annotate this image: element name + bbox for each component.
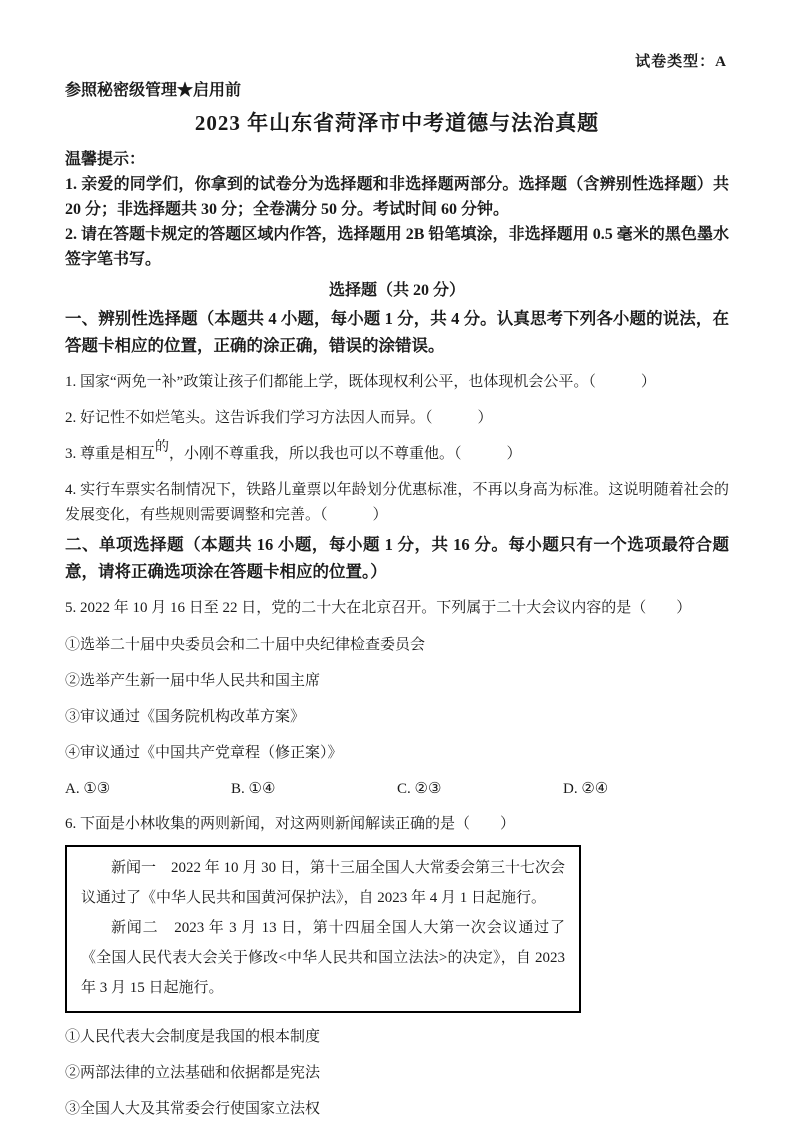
question-3-superscript: 的 <box>155 440 169 455</box>
question-3-text-post: ，小刚不尊重我，所以我也可以不尊重他。（ ） <box>169 446 522 462</box>
question-2: 2. 好记性不如烂笔头。这告诉我们学习方法因人而异。（ ） <box>65 406 729 431</box>
notice-item-2: 2. 请在答题卡规定的答题区域内作答，选择题用 2B 铅笔填涂，非选择题用 0.… <box>65 222 729 272</box>
q5-choices-row: A. ①③ B. ①④ C. ②③ D. ②④ <box>65 777 729 801</box>
question-1: 1. 国家“两免一补”政策让孩子们都能上学，既体现权利公平，也体现机会公平。（ … <box>65 370 729 395</box>
question-4: 4. 实行车票实名制情况下，铁路儿童票以年龄划分优惠标准，不再以身高为标准。这说… <box>65 478 729 528</box>
q5-option-1: ①选举二十届中央委员会和二十届中央纪律检查委员会 <box>65 633 729 657</box>
q5-option-4: ④审议通过《中国共产党章程（修正案）》 <box>65 741 729 765</box>
exam-paper-page: 试卷类型：A 参照秘密级管理★启用前 2023 年山东省菏泽市中考道德与法治真题… <box>0 0 793 1122</box>
news-item-2: 新闻二 2023 年 3 月 13 日，第十四届全国人大第一次会议通过了《全国人… <box>81 913 565 1003</box>
choice-section-title: 选择题（共 20 分） <box>65 280 729 302</box>
q5-choice-c: C. ②③ <box>397 777 563 801</box>
section1-heading: 一、辨别性选择题（本题共 4 小题，每小题 1 分，共 4 分。认真思考下列各小… <box>65 305 729 359</box>
q6-option-1: ①人民代表大会制度是我国的根本制度 <box>65 1025 729 1049</box>
question-6-stem: 6. 下面是小林收集的两则新闻，对这两则新闻解读正确的是（ ） <box>65 812 729 837</box>
section2-heading: 二、单项选择题（本题共 16 小题，每小题 1 分，共 16 分。每小题只有一个… <box>65 531 729 585</box>
question-3: 3. 尊重是相互的，小刚不尊重我，所以我也可以不尊重他。（ ） <box>65 442 729 467</box>
q5-choice-a: A. ①③ <box>65 777 231 801</box>
news-box: 新闻一 2022 年 10 月 30 日，第十三届全国人大常委会第三十七次会议通… <box>65 845 581 1013</box>
q6-option-2: ②两部法律的立法基础和依据都是宪法 <box>65 1061 729 1085</box>
notice-item-1: 1. 亲爱的同学们，你拿到的试卷分为选择题和非选择题两部分。选择题（含辨别性选择… <box>65 172 729 222</box>
question-3-text-pre: 3. 尊重是相互 <box>65 446 155 462</box>
page-title: 2023 年山东省菏泽市中考道德与法治真题 <box>65 108 729 138</box>
paper-type-label: 试卷类型：A <box>65 52 727 72</box>
q5-choice-b: B. ①④ <box>231 777 397 801</box>
news-item-1: 新闻一 2022 年 10 月 30 日，第十三届全国人大常委会第三十七次会议通… <box>81 853 565 913</box>
q5-option-2: ②选举产生新一届中华人民共和国主席 <box>65 669 729 693</box>
notice-heading: 温馨提示： <box>65 148 729 172</box>
q5-choice-d: D. ②④ <box>563 777 729 801</box>
q6-option-3: ③全国人大及其常委会行使国家立法权 <box>65 1097 729 1121</box>
security-note: 参照秘密级管理★启用前 <box>65 80 729 102</box>
question-5-stem: 5. 2022 年 10 月 16 日至 22 日，党的二十大在北京召开。下列属… <box>65 596 729 621</box>
q5-option-3: ③审议通过《国务院机构改革方案》 <box>65 705 729 729</box>
